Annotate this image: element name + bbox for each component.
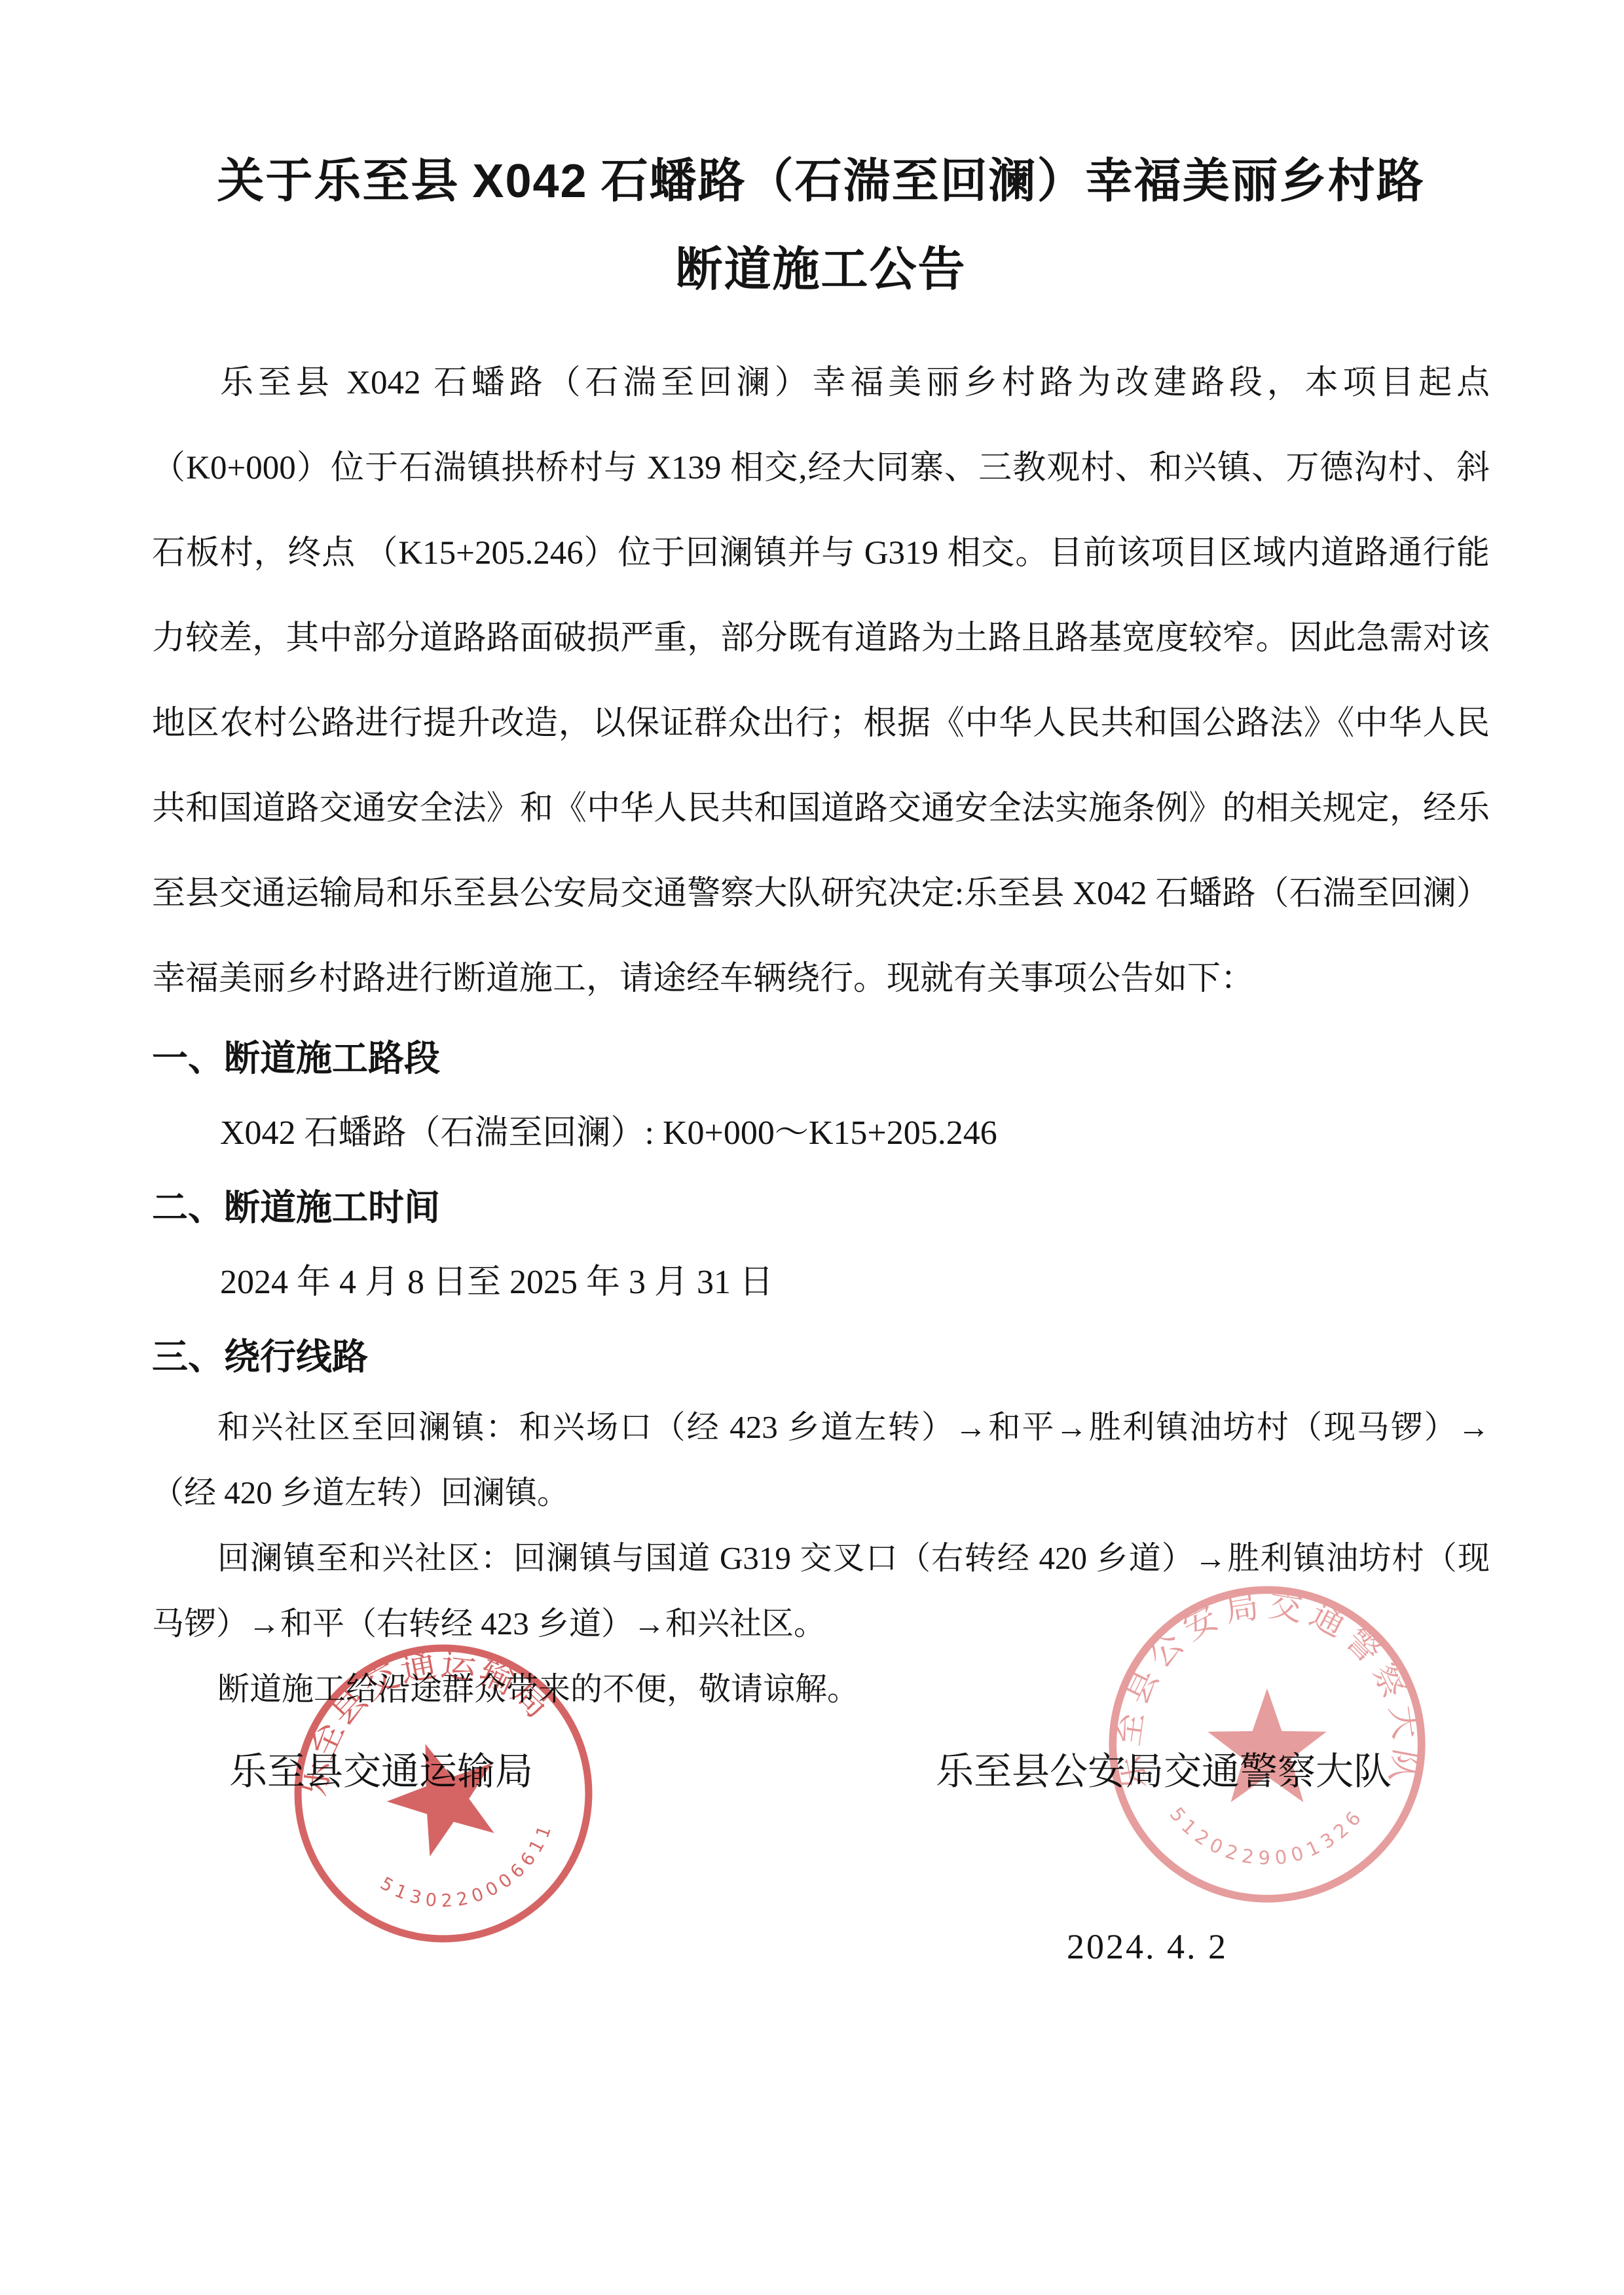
issue-date: 2024. 4. 2 bbox=[152, 1926, 1490, 1967]
section-1-content: X042 石蟠路（石湍至回澜）: K0+000～K15+205.246 bbox=[152, 1096, 1490, 1171]
stamp-serial-text: 5120229001326 bbox=[1166, 1803, 1369, 1869]
section-3-heading: 三、绕行线路 bbox=[152, 1320, 1490, 1395]
closing-apology: 断道施工给沿途群众带来的不便，敬请谅解。 bbox=[152, 1657, 1490, 1722]
title-line1-post: 石蟠路（石湍至回澜）幸福美丽乡村路 bbox=[588, 155, 1425, 208]
document-content: 关于乐至县 X042 石蟠路（石湍至回澜）幸福美丽乡村路 断道施工公告 乐至县 … bbox=[0, 0, 1624, 1967]
section-2-content: 2024 年 4 月 8 日至 2025 年 3 月 31 日 bbox=[152, 1245, 1490, 1320]
signature-row: 乐至县交通运输局 乐至县公安局交通警察大队 乐至县交通运输局 513022000… bbox=[152, 1748, 1490, 1795]
section-1-heading: 一、断道施工路段 bbox=[152, 1021, 1490, 1096]
section-2-heading: 二、断道施工时间 bbox=[152, 1171, 1490, 1245]
signature-transport-bureau: 乐至县交通运输局 bbox=[229, 1748, 533, 1795]
page-title: 关于乐至县 X042 石蟠路（石湍至回澜）幸福美丽乡村路 断道施工公告 bbox=[152, 138, 1490, 314]
stamp-serial-text: 5130220006611 bbox=[372, 1813, 574, 1937]
document-page: 关于乐至县 X042 石蟠路（石湍至回澜）幸福美丽乡村路 断道施工公告 乐至县 … bbox=[0, 0, 1624, 2295]
title-line1: 关于乐至县 X042 石蟠路（石湍至回澜）幸福美丽乡村路 bbox=[217, 155, 1424, 208]
title-road-code: X042 bbox=[472, 155, 587, 208]
title-line1-pre: 关于乐至县 bbox=[217, 155, 472, 208]
detour-route-1: 和兴社区至回澜镇：和兴场口（经 423 乡道左转）→和平→胜利镇油坊村（现马锣）… bbox=[152, 1395, 1490, 1526]
detour-route-2: 回澜镇至和兴社区：回澜镇与国道 G319 交叉口（右转经 420 乡道）→胜利镇… bbox=[152, 1526, 1490, 1657]
intro-paragraph: 乐至县 X042 石蟠路（石湍至回澜）幸福美丽乡村路为改建路段，本项目起点（K0… bbox=[152, 340, 1490, 1021]
signature-traffic-police: 乐至县公安局交通警察大队 bbox=[936, 1748, 1392, 1795]
title-line2: 断道施工公告 bbox=[675, 244, 966, 296]
